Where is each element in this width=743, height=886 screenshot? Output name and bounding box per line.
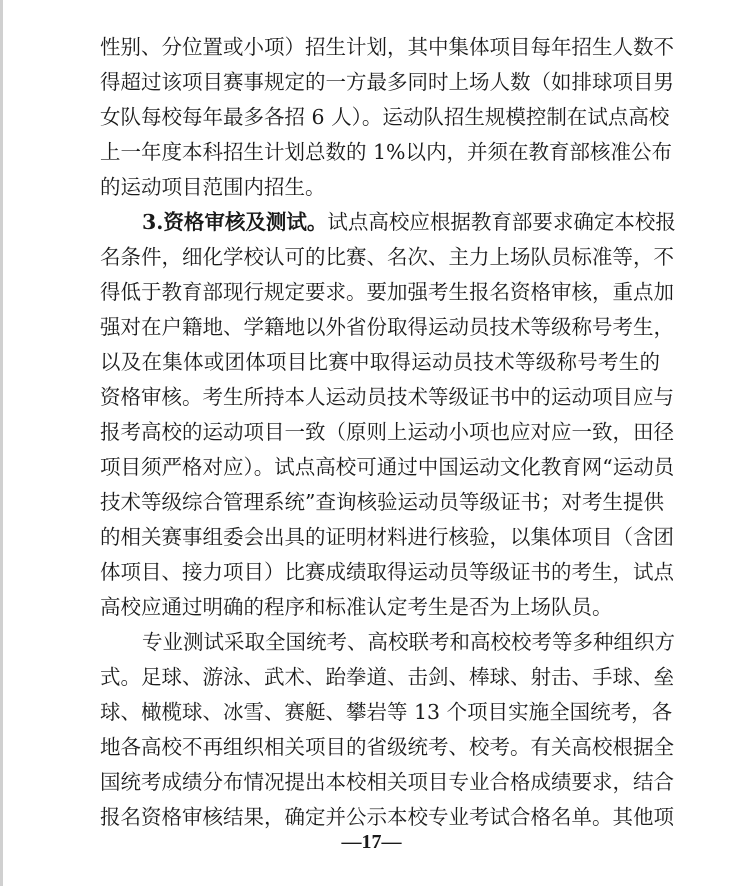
page-edge-rule (0, 0, 3, 886)
text-line: 国统考成绩分布情况提出本校相关项目专业合格成绩要求，结合 (100, 765, 660, 800)
text-line: 强对在户籍地、学籍地以外省份取得运动员技术等级称号考生， (100, 310, 660, 345)
text-line: 体项目、接力项目）比赛成绩取得运动员等级证书的考生，试点 (100, 555, 660, 590)
text-line: 式。足球、游泳、武术、跆拳道、击剑、棒球、射击、手球、垒 (100, 660, 660, 695)
text-line: 上一年度本科招生计划总数的 1%以内，并须在教育部核准公布 (100, 135, 660, 170)
paragraph-qualification-review: 3.资格审核及测试。试点高校应根据教育部要求确定本校报 名条件，细化学校认可的比… (100, 205, 660, 625)
paragraph-enrollment-scale: 性别、分位置或小项）招生计划，其中集体项目每年招生人数不 得超过该项目赛事规定的… (100, 30, 660, 205)
text-line: 高校应通过明确的程序和标准认定考生是否为上场队员。 (100, 590, 660, 625)
text-line: 以及在集体或团体项目比赛中取得运动员技术等级称号考生的 (100, 345, 660, 380)
text-line: 得低于教育部现行规定要求。要加强考生报名资格审核，重点加 (100, 275, 660, 310)
text-line: 球、橄榄球、冰雪、赛艇、攀岩等 13 个项目实施全国统考，各 (100, 695, 660, 730)
page-number: —17— (0, 831, 743, 854)
text-line: 的相关赛事组委会出具的证明材料进行核验，以集体项目（含团 (100, 520, 660, 555)
text-line: 资格审核。考生所持本人运动员技术等级证书中的运动项目应与 (100, 380, 660, 415)
paragraph-professional-testing: 专业测试采取全国统考、高校联考和高校校考等多种组织方 式。足球、游泳、武术、跆拳… (100, 625, 660, 835)
text-line: 地各高校不再组织相关项目的省级统考、校考。有关高校根据全 (100, 730, 660, 765)
text-line: 名条件，细化学校认可的比赛、名次、主力上场队员标准等，不 (100, 240, 660, 275)
text-line: 得超过该项目赛事规定的一方最多同时上场人数（如排球项目男 (100, 65, 660, 100)
text-line: 项目须严格对应）。试点高校可通过中国运动文化教育网“运动员 (100, 450, 660, 485)
text-line: 女队每校每年最多各招 6 人）。运动队招生规模控制在试点高校 (100, 100, 660, 135)
text-run: 试点高校应根据教育部要求确定本校报 (327, 210, 676, 234)
text-line: 技术等级综合管理系统”查询核验运动员等级证书；对考生提供 (100, 485, 660, 520)
text-line: 报考高校的运动项目一致（原则上运动小项也应对应一致，田径 (100, 415, 660, 450)
text-line: 报名资格审核结果，确定并公示本校专业考试合格名单。其他项 (100, 800, 660, 835)
section-heading: 3.资格审核及测试。 (142, 210, 327, 234)
text-line: 专业测试采取全国统考、高校联考和高校校考等多种组织方 (100, 625, 660, 660)
document-page: 性别、分位置或小项）招生计划，其中集体项目每年招生人数不 得超过该项目赛事规定的… (100, 30, 660, 835)
text-line: 性别、分位置或小项）招生计划，其中集体项目每年招生人数不 (100, 30, 660, 65)
text-line: 3.资格审核及测试。试点高校应根据教育部要求确定本校报 (100, 205, 660, 240)
text-line: 的运动项目范围内招生。 (100, 170, 660, 205)
